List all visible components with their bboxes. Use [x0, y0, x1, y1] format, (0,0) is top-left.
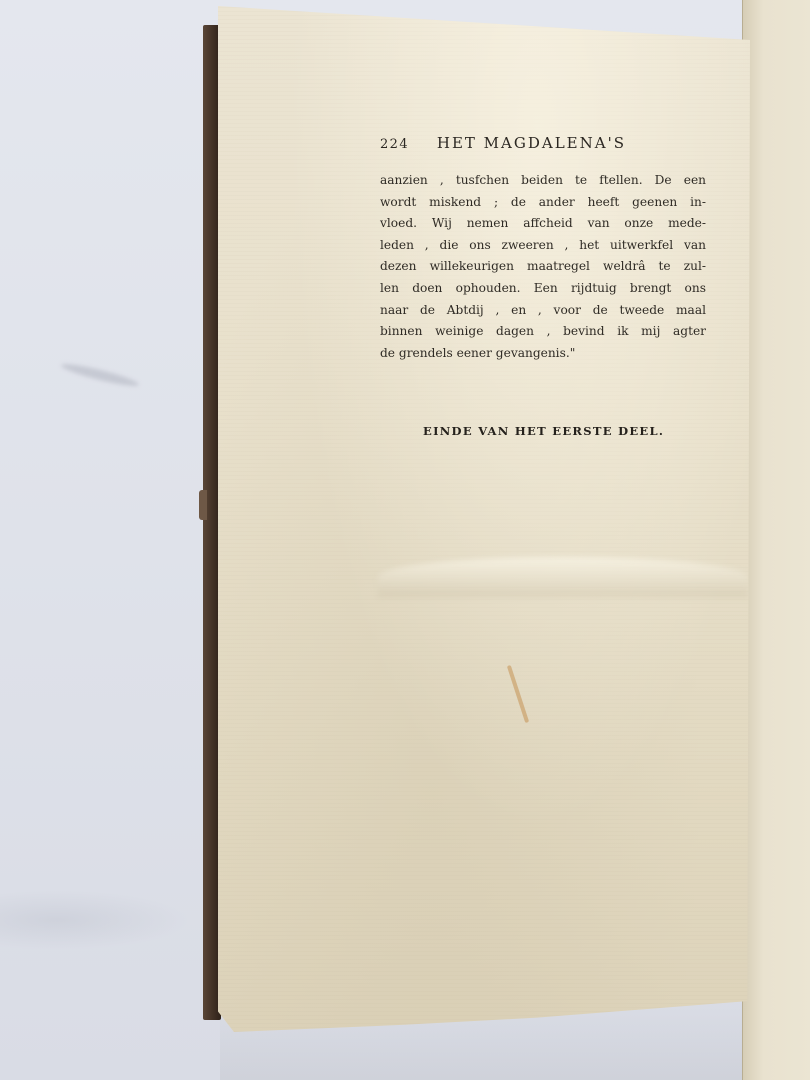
text-line: binnen weinige dagen , bevind ik mij agt…: [380, 321, 706, 343]
spine-tear: [199, 490, 207, 520]
book-page: 224 HET MAGDALENA'S aanzien , tusfchen b…: [218, 4, 750, 1032]
page-number: 224: [380, 137, 409, 152]
background-shadow: [0, 890, 190, 950]
page-stain: [507, 665, 529, 723]
text-line: naar de Abtdij , en , voor de tweede maa…: [380, 300, 706, 322]
facing-page-edge: [742, 0, 810, 1080]
text-line: vloed. Wij nemen affcheid van onze mede-: [380, 213, 706, 235]
page-fold: [378, 557, 748, 597]
text-line: aanzien , tusfchen beiden te ftellen. De…: [380, 170, 706, 192]
running-head-title: HET MAGDALENA'S: [437, 134, 626, 152]
text-line: wordt miskend ; de ander heeft geenen in…: [380, 192, 706, 214]
body-text: aanzien , tusfchen beiden te ftellen. De…: [380, 170, 706, 364]
text-line: len doen ophouden. Een rijdtuig brengt o…: [380, 278, 706, 300]
running-header: 224 HET MAGDALENA'S: [380, 134, 720, 152]
background-crease: [60, 360, 140, 389]
text-line: de grendels eener gevangenis.": [380, 343, 706, 365]
text-line: dezen willekeurigen maatregel weldrâ te …: [380, 256, 706, 278]
text-line: leden , die ons zweeren , het uitwerkfel…: [380, 235, 706, 257]
end-of-volume-colophon: EINDE VAN HET EERSTE DEEL.: [423, 424, 723, 438]
